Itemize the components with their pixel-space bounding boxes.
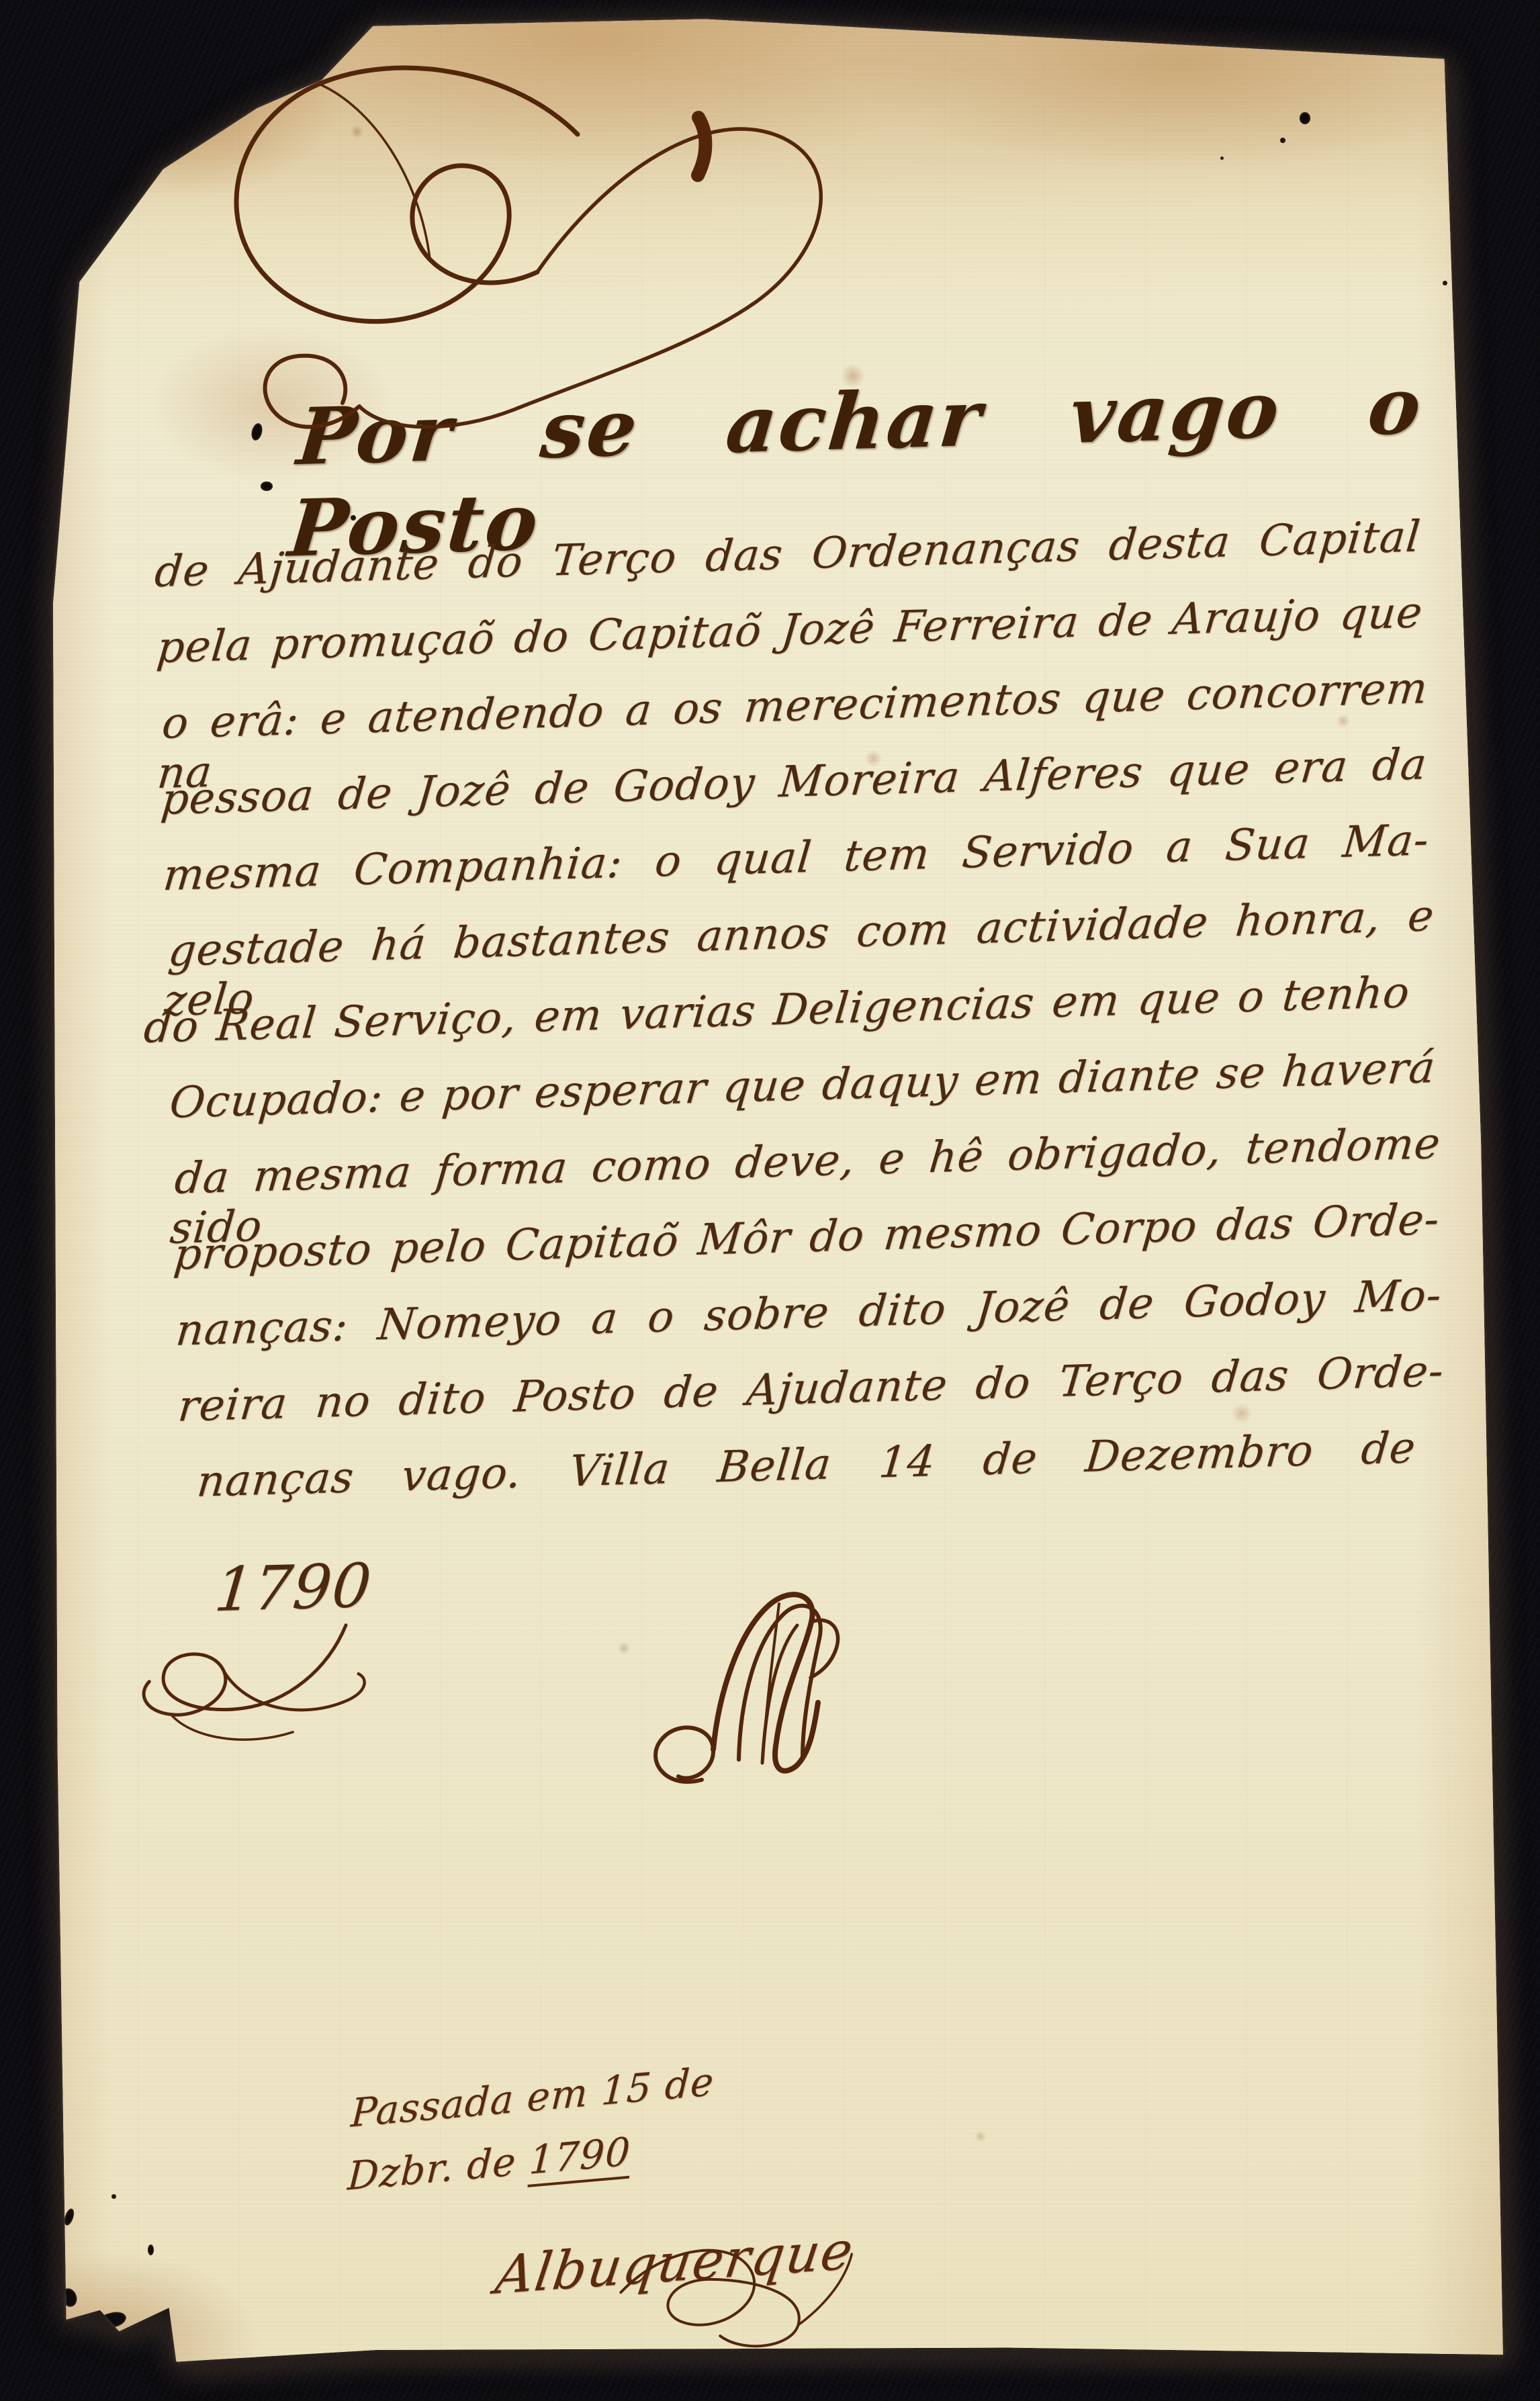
manuscript-line-6: mesma Companhia: o qual tem Servido a Su… [161,815,1431,901]
pencil-archive-date: 14.12.90 [65,0,240,109]
wormhole [1300,112,1310,124]
manuscript-line-9: Ocupado: e por esperar que daquy em dian… [167,1043,1437,1128]
manuscript-line-13: reira no dito Posto de Ajudante do Terço… [176,1347,1446,1432]
rubric-monogram [638,1578,860,1800]
signature-flourish [600,2223,897,2364]
photo-backdrop: 14.12.90 Por se achar vago o Posto de Aj… [0,0,1540,2401]
wormhole [351,515,356,520]
wormhole [111,2194,116,2199]
manuscript-line-14: nanças vago. Villa Bella 14 de Dezembro … [195,1423,1418,1507]
wormhole [1280,138,1285,143]
wormhole [261,482,273,491]
manuscript-line-3: pela promuçaõ do Capitaõ Jozê Ferreira d… [154,588,1424,673]
calligraphic-initial-flourish [198,57,870,433]
wormhole [59,2286,79,2309]
wormhole [1220,156,1224,160]
manuscript-sheet: 14.12.90 Por se achar vago o Posto de Aj… [37,17,1504,2364]
registry-note-year: 1790 [528,2128,632,2187]
wormhole [62,2208,75,2226]
registry-note-month: Dzbr. de [347,2137,531,2199]
flourish-under-year [120,1606,383,1782]
manuscript-line-12: nanças: Nomeyo a o sobre dito Jozê de Go… [174,1271,1444,1356]
manuscript-year: 1790 [212,1545,554,1625]
wormhole [1443,281,1447,285]
wormhole [148,2245,154,2255]
